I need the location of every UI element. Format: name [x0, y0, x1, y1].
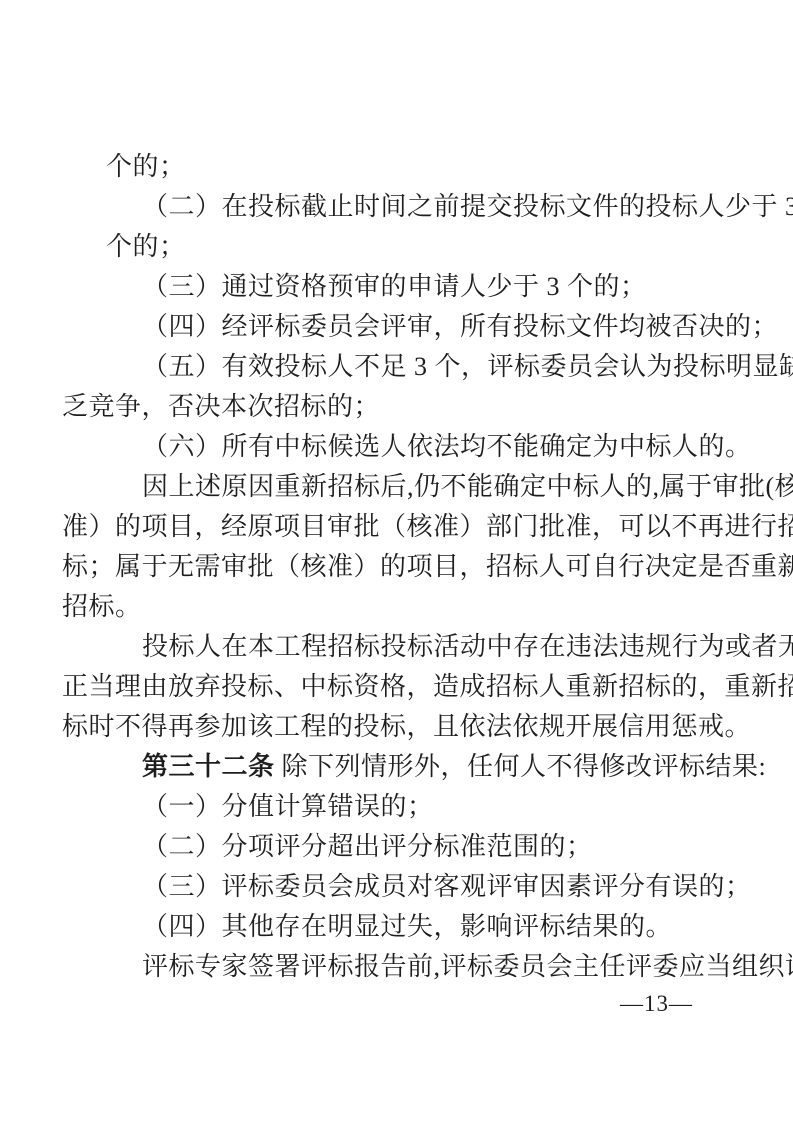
paragraph-bidder-violation-line: 投标人在本工程招标投标活动中存在违法违规行为或者无: [62, 627, 742, 667]
list-item-5: （五）有效投标人不足 3 个，评标委员会认为投标明显缺: [62, 347, 742, 387]
text-line: 乏竞争，否决本次招标的；: [62, 387, 742, 427]
article-32-number: 第三十二条: [142, 752, 275, 781]
list-item-3b: （三）评标委员会成员对客观评审因素评分有误的；: [62, 867, 742, 907]
document-page: 个的； （二）在投标截止时间之前提交投标文件的投标人少于 3 个的； （三）通过…: [0, 0, 793, 1122]
paragraph-expert-sign-line: 评标专家签署评标报告前,评标委员会主任评委应当组织评: [62, 947, 742, 987]
text-line: 招标。: [62, 587, 742, 627]
article-32-text: 除下列情形外，任何人不得修改评标结果:: [275, 752, 767, 781]
page-number: —13—: [620, 990, 693, 1018]
list-item-3: （三）通过资格预审的申请人少于 3 个的；: [62, 267, 742, 307]
text-line: 个的；: [62, 227, 742, 267]
text-line: 准）的项目，经原项目审批（核准）部门批准，可以不再进行招: [62, 507, 742, 547]
text-line: 标；属于无需审批（核准）的项目，招标人可自行决定是否重新: [62, 547, 742, 587]
list-item-6: （六）所有中标候选人依法均不能确定为中标人的。: [62, 427, 742, 467]
list-item-1b: （一）分值计算错误的；: [62, 787, 742, 827]
text-line: 个的；: [62, 147, 742, 187]
list-item-4b: （四）其他存在明显过失，影响评标结果的。: [62, 907, 742, 947]
article-32-heading-line: 第三十二条 除下列情形外，任何人不得修改评标结果:: [62, 747, 742, 787]
text-line: 正当理由放弃投标、中标资格，造成招标人重新招标的，重新招: [62, 667, 742, 707]
list-item-2b: （二）分项评分超出评分标准范围的；: [62, 827, 742, 867]
list-item-2: （二）在投标截止时间之前提交投标文件的投标人少于 3: [62, 187, 742, 227]
text-line: 标时不得再参加该工程的投标，且依法依规开展信用惩戒。: [62, 707, 742, 747]
list-item-4: （四）经评标委员会评审，所有投标文件均被否决的；: [62, 307, 742, 347]
document-text-block: 个的； （二）在投标截止时间之前提交投标文件的投标人少于 3 个的； （三）通过…: [62, 147, 742, 987]
paragraph-rebid-line: 因上述原因重新招标后,仍不能确定中标人的,属于审批(核: [62, 467, 742, 507]
